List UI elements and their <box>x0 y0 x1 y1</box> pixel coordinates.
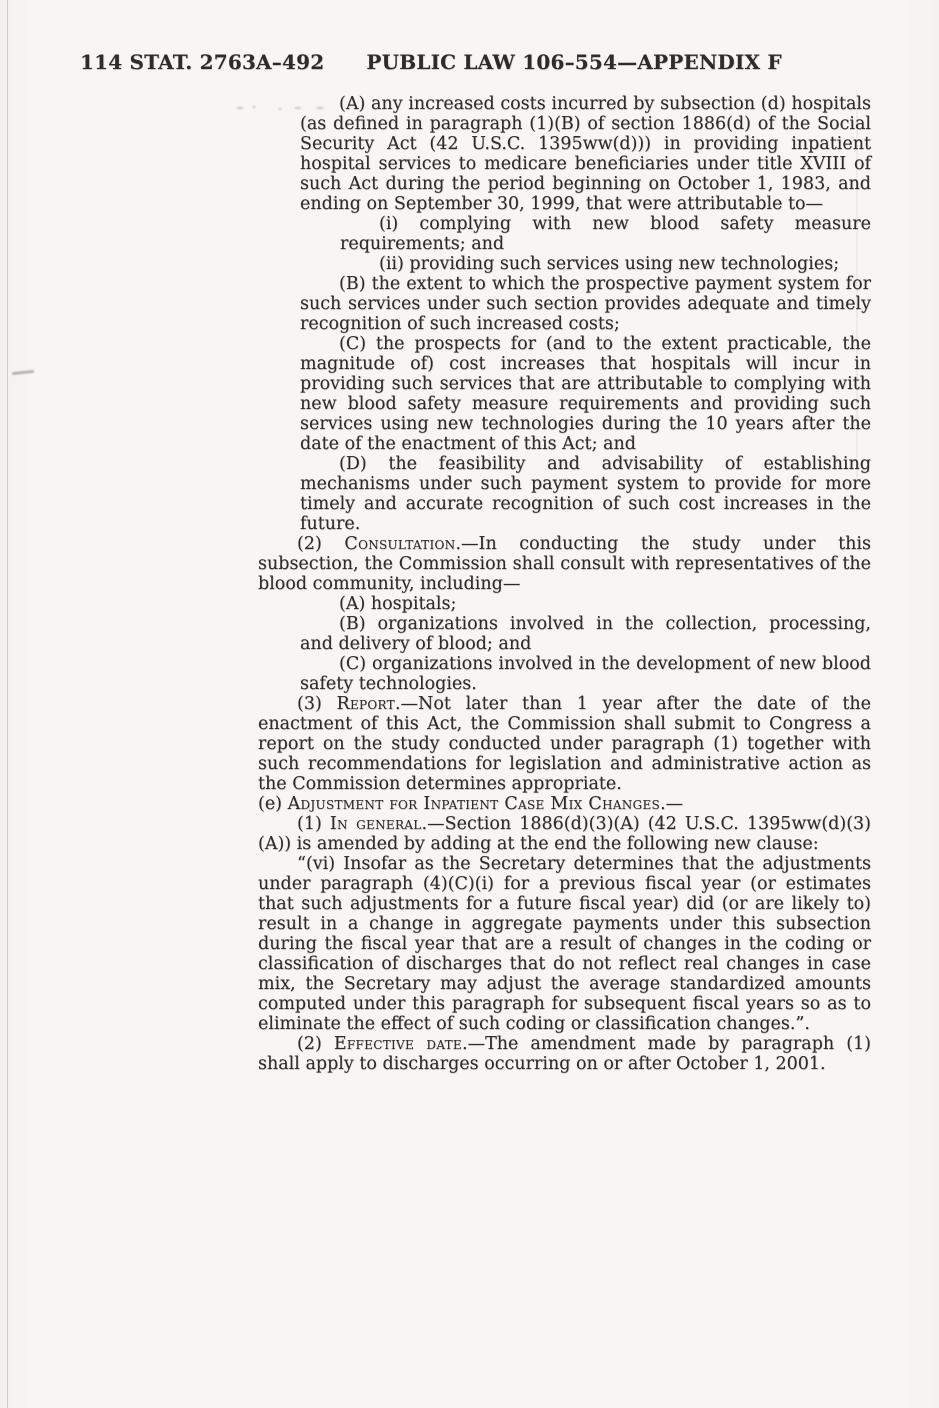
quoted-clause-vi: “(vi) Insofar as the Secretary determine… <box>258 854 871 1034</box>
clause-i: (i) complying with new blood safety meas… <box>340 214 871 254</box>
paragraph-2-effective-date: (2) Effective date.—The amendment made b… <box>258 1034 871 1074</box>
subsection-e-heading: (e) Adjustment for Inpatient Case Mix Ch… <box>258 794 871 814</box>
margin-mark-artifact <box>12 370 34 375</box>
consultation-item-A: (A) hospitals; <box>300 594 871 614</box>
text-run: (C) organizations involved in the develo… <box>300 654 871 694</box>
smallcaps-heading: Adjustment for Inpatient Case Mix Change… <box>288 794 661 814</box>
text-run: (A) any increased costs incurred by subs… <box>300 94 871 214</box>
text-run: (1) <box>297 814 330 834</box>
clause-ii: (ii) providing such services using new t… <box>340 254 871 274</box>
legal-text: (A) any increased costs incurred by subs… <box>258 94 871 1074</box>
page-header: 114 STAT. 2763A–492 PUBLIC LAW 106–554—A… <box>80 50 782 74</box>
paragraph-1-in-general: (1) In general.—Section 1886(d)(3)(A) (4… <box>258 814 871 854</box>
text-run: “(vi) Insofar as the Secretary determine… <box>258 854 871 1034</box>
public-law-title: PUBLIC LAW 106–554—APPENDIX F <box>366 50 782 74</box>
smallcaps-heading: Consultation <box>344 534 455 554</box>
stat-page-number: 114 STAT. 2763A–492 <box>80 50 324 74</box>
scan-edge-artifact <box>7 0 8 1408</box>
subparagraph-B: (B) the extent to which the prospective … <box>300 274 871 334</box>
subparagraph-C: (C) the prospects for (and to the extent… <box>300 334 871 454</box>
paragraph-2-consultation: (2) Consultation.—In conducting the stud… <box>258 534 871 594</box>
paragraph-3-report: (3) Report.—Not later than 1 year after … <box>258 694 871 794</box>
text-run: (3) <box>297 694 336 714</box>
text-run: (2) <box>297 1034 334 1054</box>
text-run: (B) organizations involved in the collec… <box>300 614 871 654</box>
text-run: (B) the extent to which the prospective … <box>300 274 871 334</box>
consultation-item-C: (C) organizations involved in the develo… <box>300 654 871 694</box>
text-run: (D) the feasibility and advisability of … <box>300 454 871 534</box>
smallcaps-heading: Effective date <box>334 1034 462 1054</box>
smallcaps-heading: Report <box>336 694 394 714</box>
statute-page: 114 STAT. 2763A–492 PUBLIC LAW 106–554—A… <box>0 0 939 1408</box>
subparagraph-A: (A) any increased costs incurred by subs… <box>300 94 871 214</box>
subparagraph-D: (D) the feasibility and advisability of … <box>300 454 871 534</box>
text-run: (e) <box>258 794 288 814</box>
text-run: (ii) providing such services using new t… <box>379 254 839 274</box>
text-run: .— <box>660 794 683 814</box>
smallcaps-heading: In general <box>330 814 422 834</box>
text-run: (C) the prospects for (and to the extent… <box>300 334 871 454</box>
text-run: (2) <box>297 534 344 554</box>
consultation-item-B: (B) organizations involved in the collec… <box>300 614 871 654</box>
text-run: (i) complying with new blood safety meas… <box>340 214 871 254</box>
text-run: (A) hospitals; <box>339 594 456 614</box>
